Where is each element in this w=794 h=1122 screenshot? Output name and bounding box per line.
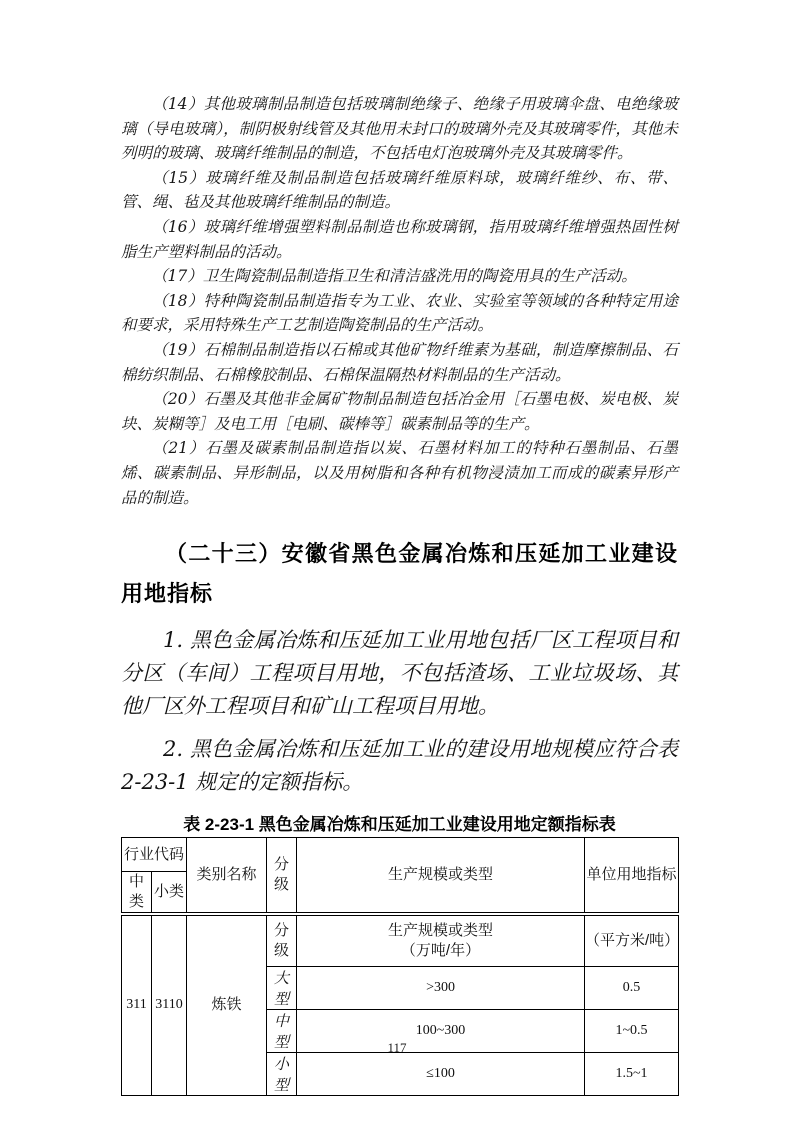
paragraph-19: （19）石棉制品制造指以石棉或其他矿物纤维素为基础，制造摩擦制品、石棉纺织制品、…	[121, 338, 678, 387]
cell-scale: >300	[297, 966, 585, 1009]
col-header-small-class: 小类	[152, 872, 187, 915]
cell-indicator: 1.5~1	[585, 1052, 679, 1095]
paragraph-20: （20）石墨及其他非金属矿物制品制造包括冶金用［石墨电极、炭电极、炭块、炭糊等］…	[121, 387, 678, 436]
cell-small-class-code: 3110	[152, 914, 187, 1095]
subheader-scale-line1: 生产规模或类型	[297, 921, 584, 941]
table-header-row-1: 行业代码 类别名称 分级 生产规模或类型 单位用地指标	[122, 838, 679, 872]
cell-grade: 小型	[267, 1052, 297, 1095]
page-content: （14）其他玻璃制品制造包括玻璃制绝缘子、绝缘子用玻璃伞盘、电绝缘玻璃（导电玻璃…	[0, 0, 794, 1096]
page-number: 117	[0, 1040, 794, 1056]
paragraph-14: （14）其他玻璃制品制造包括玻璃制绝缘子、绝缘子用玻璃伞盘、电绝缘玻璃（导电玻璃…	[121, 92, 678, 166]
col-header-category-name: 类别名称	[187, 838, 267, 915]
paragraph-15: （15）玻璃纤维及制品制造包括玻璃纤维原料球，玻璃纤维纱、布、带、管、绳、毡及其…	[121, 166, 678, 215]
subheader-scale-line2: （万吨/年）	[297, 941, 584, 961]
cell-mid-class-code: 311	[122, 914, 152, 1095]
section-paragraph-1: 1. 黑色金属冶炼和压延加工业用地包括厂区工程项目和分区（车间）工程项目用地，不…	[121, 624, 678, 723]
col-header-mid-class: 中类	[122, 872, 152, 915]
cell-subheader-grade: 分级	[267, 914, 297, 966]
section-paragraph-2: 2. 黑色金属冶炼和压延加工业的建设用地规模应符合表 2-23-1 规定的定额指…	[121, 733, 678, 799]
table-title: 表 2-23-1 黑色金属冶炼和压延加工业建设用地定额指标表	[121, 813, 678, 837]
paragraph-21: （21）石墨及碳素制品制造指以炭、石墨材料加工的特种石墨制品、石墨烯、碳素制品、…	[121, 436, 678, 510]
cell-subheader-unit: （平方米/吨）	[585, 914, 679, 966]
col-header-grade: 分级	[267, 838, 297, 915]
col-header-scale-or-type: 生产规模或类型	[297, 838, 585, 915]
section-heading: （二十三）安徽省黑色金属冶炼和压延加工业建设用地指标	[121, 534, 678, 614]
cell-grade: 大型	[267, 966, 297, 1009]
paragraph-18: （18）特种陶瓷制品制造指专为工业、农业、实验室等领域的各种特定用途和要求，采用…	[121, 289, 678, 338]
paragraph-16: （16）玻璃纤维增强塑料制品制造也称玻璃钢，指用玻璃纤维增强热固性树脂生产塑料制…	[121, 215, 678, 264]
col-header-industry-code: 行业代码	[122, 838, 187, 872]
document-page: （14）其他玻璃制品制造包括玻璃制绝缘子、绝缘子用玻璃伞盘、电绝缘玻璃（导电玻璃…	[0, 0, 794, 1122]
col-header-unit-land-indicator: 单位用地指标	[585, 838, 679, 915]
cell-category-name: 炼铁	[187, 914, 267, 1095]
indicator-table: 行业代码 类别名称 分级 生产规模或类型 单位用地指标 中类 小类 311 31…	[121, 837, 679, 1096]
cell-indicator: 0.5	[585, 966, 679, 1009]
paragraph-17: （17）卫生陶瓷制品制造指卫生和清洁盛洗用的陶瓷用具的生产活动。	[121, 264, 678, 289]
table-subheader-row: 311 3110 炼铁 分级 生产规模或类型 （万吨/年） （平方米/吨）	[122, 914, 679, 966]
cell-scale: ≤100	[297, 1052, 585, 1095]
cell-subheader-scale: 生产规模或类型 （万吨/年）	[297, 914, 585, 966]
